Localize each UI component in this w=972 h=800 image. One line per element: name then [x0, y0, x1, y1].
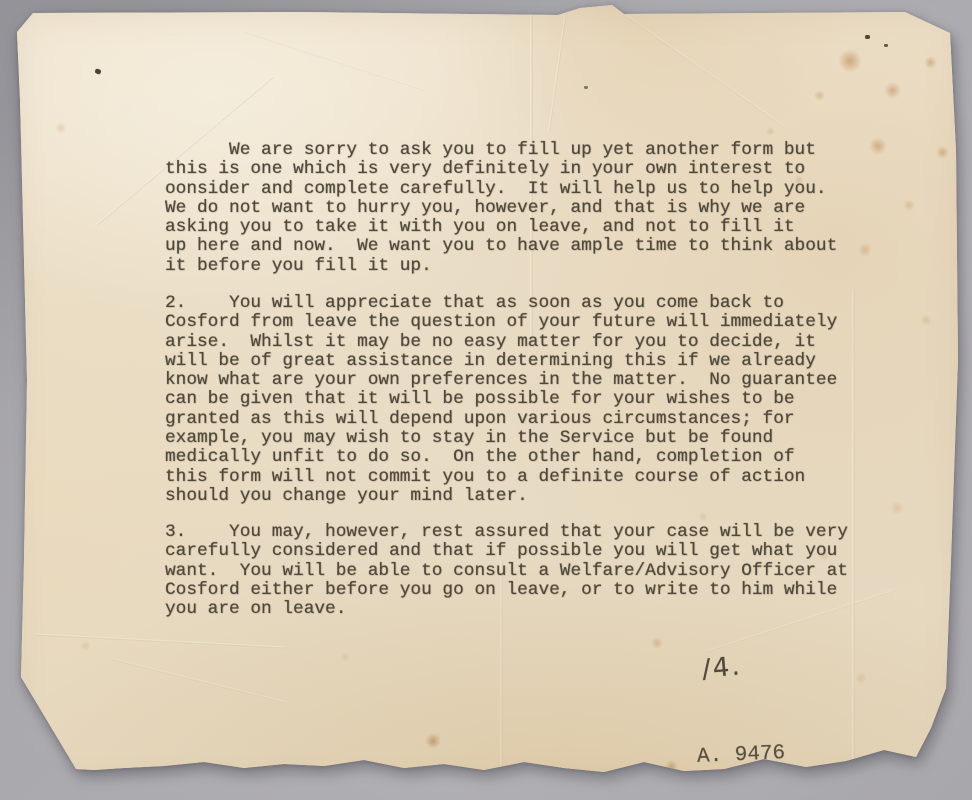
- paper-shadow-wrapper: We are sorry to ask you to fill up yet a…: [0, 0, 972, 800]
- photo-background: We are sorry to ask you to fill up yet a…: [0, 0, 972, 800]
- paper-edge-shading: [0, 0, 972, 800]
- document-paper: We are sorry to ask you to fill up yet a…: [0, 0, 972, 800]
